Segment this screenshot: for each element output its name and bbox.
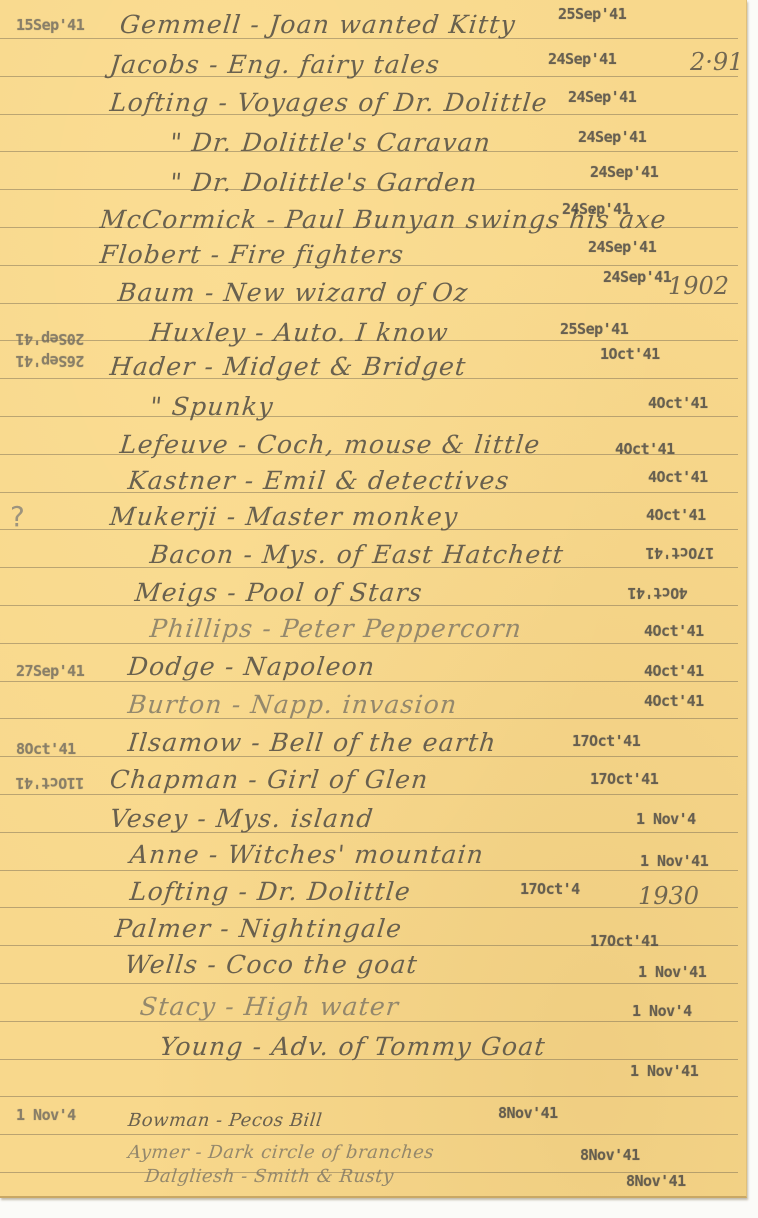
book-entry: " Spunky [148,392,275,422]
date-stamp: 26Sep'41 [16,352,84,370]
date-stamp: 17Oct'4 [520,880,580,898]
margin-note: 1930 [638,882,699,910]
book-entry: " Dr. Dolittle's Garden [168,168,479,198]
book-entry: Flobert - Fire fighters [98,240,405,270]
book-entry: Gemmell - Joan wanted Kitty [118,10,517,40]
date-stamp: 4Oct'41 [648,394,708,412]
book-entry: Chapman - Girl of Glen [108,765,430,795]
date-stamp: 25Sep'41 [558,5,626,23]
date-stamp: 4Oct'41 [628,584,688,602]
book-entry: Anne - Witches' mountain [128,840,485,870]
book-entry: Lefeuve - Coch, mouse & little [118,430,542,460]
book-entry: Baum - New wizard of Oz [116,278,469,308]
date-stamp: 4Oct'41 [648,468,708,486]
ruled-line [0,1134,738,1135]
book-entry: Dalgliesh - Smith & Rusty [143,1162,395,1192]
date-stamp: 1 Nov'41 [630,1062,698,1080]
book-entry: Huxley - Auto. I know [148,318,450,348]
date-stamp: 4Oct'41 [644,622,704,640]
date-stamp: 8Nov'41 [580,1146,640,1164]
book-entry: " Dr. Dolittle's Caravan [168,128,492,158]
index-card: 15Sep'4120Sep'4126Sep'4127Sep'418Oct'411… [0,0,747,1198]
date-stamp: 24Sep'41 [548,50,616,68]
book-entry: Vesey - Mys. island [108,804,375,834]
margin-note: 1902 [668,272,729,300]
date-stamp: 8Nov'41 [626,1172,686,1190]
date-stamp: 1 Nov'41 [638,963,706,981]
date-stamp: 17Oct'41 [590,932,658,950]
date-stamp: 11Oct'41 [16,774,84,792]
book-entry: Phillips - Peter Peppercorn [148,614,523,644]
date-stamp: 20Sep'41 [16,330,84,348]
date-stamp: 8Nov'41 [498,1104,558,1122]
date-stamp: 1 Nov'4 [632,1002,692,1020]
date-stamp: 24Sep'41 [588,238,656,256]
date-stamp: 4Oct'41 [644,662,704,680]
date-stamp: 24Sep'41 [603,268,671,286]
date-stamp: 1Oct'41 [600,345,660,363]
date-stamp: 1 Nov'4 [636,810,696,828]
book-entry: Young - Adv. of Tommy Goat [158,1032,547,1062]
date-stamp: 4Oct'41 [615,440,675,458]
book-entry: Mukerji - Master monkey [108,502,459,532]
date-stamp: 24Sep'41 [578,128,646,146]
date-stamp: 24Sep'41 [590,163,658,181]
book-entry: Kastner - Emil & detectives [126,466,511,496]
ruled-line [0,983,738,984]
date-stamp: 17Oct'41 [572,732,640,750]
date-stamp: 8Oct'41 [16,740,76,758]
book-entry: Bowman - Pecos Bill [126,1106,323,1136]
book-entry: Bacon - Mys. of East Hatchett [148,540,565,570]
date-stamp: 15Sep'41 [16,16,84,34]
date-stamp: 1 Nov'41 [640,852,708,870]
date-stamp: 24Sep'41 [568,88,636,106]
book-entry: Dodge - Napoleon [126,652,376,682]
book-entry: Burton - Napp. invasion [126,690,459,720]
book-entry: Wells - Coco the goat [123,950,419,980]
ruled-line [0,870,738,871]
margin-note: 2·91 [690,48,743,76]
date-stamp: 4Oct'41 [644,692,704,710]
book-entry: Palmer - Nightingale [113,914,403,944]
date-stamp: 27Sep'41 [16,662,84,680]
ruled-line [0,416,738,417]
book-entry: Stacy - High water [138,992,400,1022]
date-stamp: 17Oct'41 [646,544,714,562]
book-entry: Meigs - Pool of Stars [133,578,424,608]
date-stamp: 24Sep'41 [562,200,630,218]
date-stamp: 25Sep'41 [560,320,628,338]
date-stamp: 17Oct'41 [590,770,658,788]
date-stamp: 1 Nov'4 [16,1106,76,1124]
book-entry: Hader - Midget & Bridget [108,352,468,382]
book-entry: Lofting - Voyages of Dr. Dolittle [108,88,549,118]
book-entry: Lofting - Dr. Dolittle [128,877,412,907]
date-stamp: 4Oct'41 [646,506,706,524]
book-entry: Ilsamow - Bell of the earth [126,728,498,758]
ruled-line [0,907,738,908]
book-entry: Jacobs - Eng. fairy tales [108,50,441,80]
ruled-line [0,1096,738,1097]
question-mark-annotation: ? [10,500,25,533]
